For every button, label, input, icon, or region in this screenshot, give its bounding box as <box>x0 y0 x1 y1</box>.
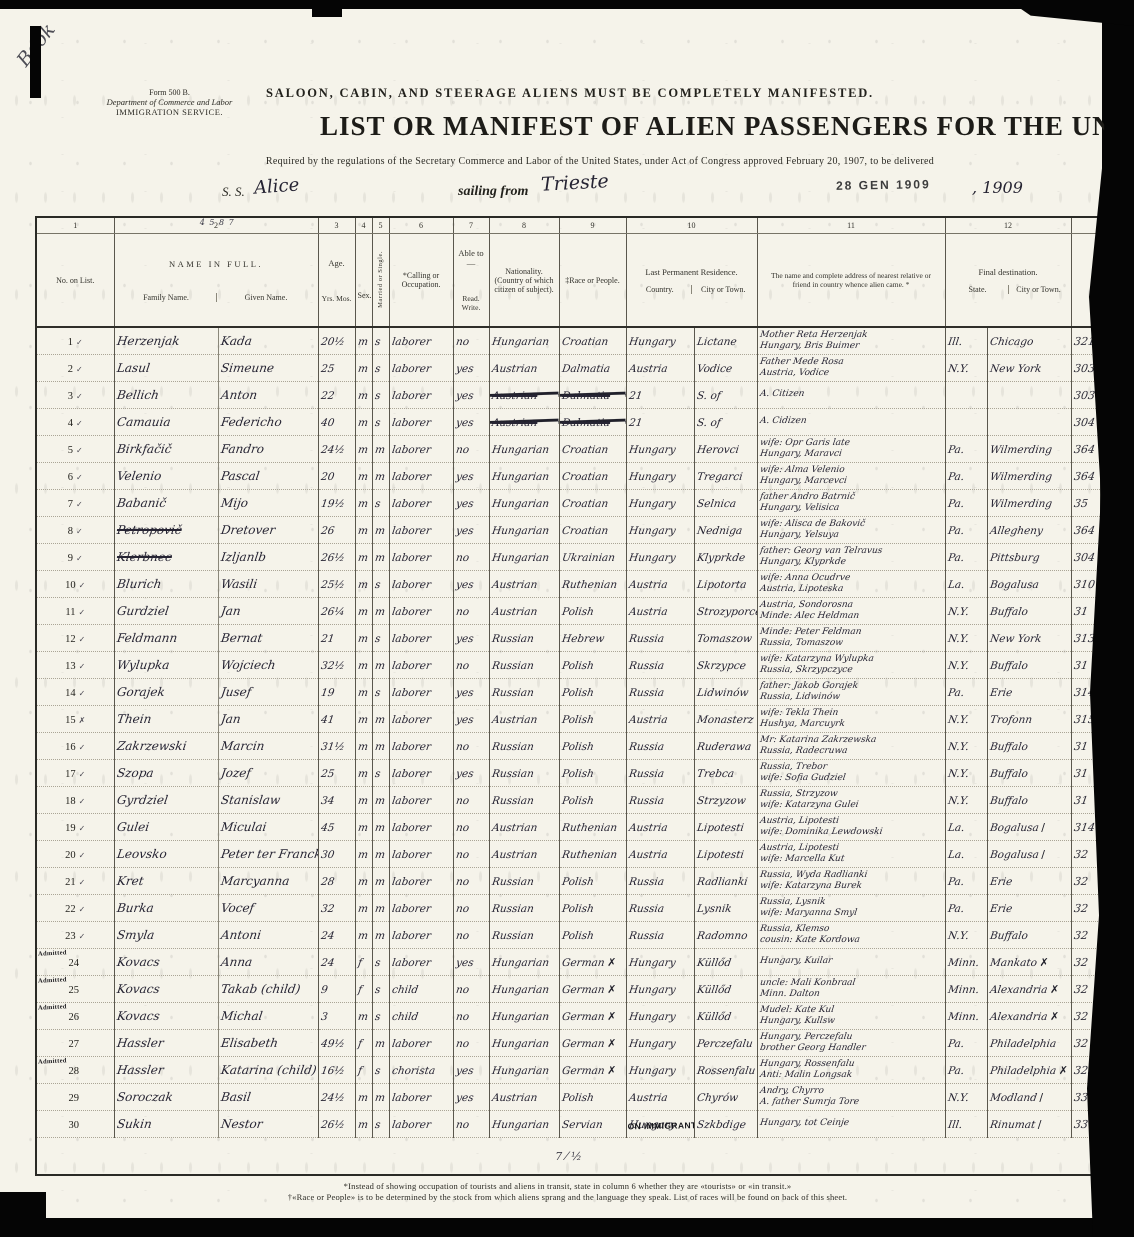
family-name: Gulei <box>116 820 150 834</box>
cell-read-write: yes <box>453 354 489 381</box>
destination-state: N.Y. <box>947 633 969 645</box>
cell-race: Dalmatia <box>559 381 626 408</box>
manifest-row: 14✓GorajekJusef19mslaboreryesRussianPoli… <box>36 678 1101 705</box>
cell-city-town: Radlianki <box>694 867 757 894</box>
residence-label: Last Permanent Residence. <box>629 267 755 277</box>
cell-family-name: Blurich <box>114 570 218 597</box>
cell-city-town: Monasterz <box>694 705 757 732</box>
occupation-value: chorista <box>391 1065 436 1077</box>
destination-city: Modland <box>989 1092 1038 1104</box>
city-value: S. of <box>696 390 721 402</box>
manifest-banner: SALOON, CABIN, AND STEERAGE ALIENS MUST … <box>255 86 885 101</box>
row-number: 15 <box>65 715 76 726</box>
relative-line-1: Andry, Chyrro <box>759 1086 943 1097</box>
header-able-to: Able to— Read. Write. <box>453 234 489 328</box>
admitted-stamp: Admitted <box>38 1057 67 1065</box>
nationality-value: Hungarian <box>491 336 550 348</box>
given-name: Federicho <box>220 415 283 429</box>
cell-sex: m <box>355 516 372 543</box>
city-value: Klyprkde <box>696 552 746 564</box>
row-number: 18 <box>65 796 76 807</box>
race-value: Dalmatia <box>561 390 611 402</box>
race-value: Polish <box>561 741 595 753</box>
nationality-value: Austrian <box>491 606 538 618</box>
cell-city-town: Ruderawa <box>694 732 757 759</box>
cell-race: Dalmatia <box>559 408 626 435</box>
cell-age: 32 <box>318 894 355 921</box>
dest-city-label: City or Town. <box>1008 285 1069 294</box>
nationality-value: Russian <box>491 687 535 699</box>
cell-destination-state: N.Y. <box>945 705 987 732</box>
relative-line-2: Hungary, Marcevci <box>759 476 943 487</box>
city-value: Chyrów <box>696 1092 739 1104</box>
col-num-7: 7 <box>453 217 489 234</box>
relative-line-2: A. father Sumrja Tore <box>759 1097 943 1108</box>
race-x-mark: ✗ <box>607 956 616 969</box>
city-value: Radlianki <box>696 876 748 888</box>
cell-destination-city: Erie <box>987 894 1071 921</box>
nationality-value: Hungarian <box>491 552 550 564</box>
cell-row-number: 17✓ <box>36 759 114 786</box>
cell-nearest-relative: father: Jakob GorajekRussia, Lidwinów <box>757 678 945 705</box>
destination-mark: ∕ <box>1038 1118 1042 1131</box>
family-name: Zakrzewski <box>116 739 187 753</box>
cell-read-write: no <box>453 651 489 678</box>
row-number: 13 <box>65 661 76 672</box>
cell-race: German✗ <box>559 1002 626 1029</box>
country-value: 21 <box>628 417 643 429</box>
age-value: 26½ <box>320 552 345 564</box>
cell-read-write: yes <box>453 381 489 408</box>
occupation-value: laborer <box>391 444 432 456</box>
family-name: Petropovič <box>116 523 183 537</box>
cell-nearest-relative: Austria, Lipotestiwife: Marcella Kut <box>757 840 945 867</box>
destination-city: Buffalo <box>989 660 1029 672</box>
destination-state: Pa. <box>947 876 965 888</box>
read-write-value: no <box>455 930 470 942</box>
cell-given-name: Anna <box>218 948 318 975</box>
cell-married-single: m <box>372 462 389 489</box>
cell-row-number: 2✓ <box>36 354 114 381</box>
country-value: Hungary <box>628 444 676 456</box>
cell-married-single: s <box>372 570 389 597</box>
cell-sex: m <box>355 813 372 840</box>
cell-country: 21 <box>626 381 694 408</box>
cell-city-town: Lidwinów <box>694 678 757 705</box>
cell-occupation: laborer <box>389 462 453 489</box>
nationality-value: Austrian <box>491 849 538 861</box>
col-num-10: 10 <box>626 217 757 234</box>
relative-line-2: Russia, Tomaszow <box>759 638 943 649</box>
city-value: Lipotorta <box>696 579 747 591</box>
row-check-mark: ✓ <box>76 527 83 536</box>
cell-given-name: Pascal <box>218 462 318 489</box>
cell-family-name: Zakrzewski <box>114 732 218 759</box>
destination-city: Erie <box>989 903 1013 915</box>
cell-married-single: m <box>372 1083 389 1110</box>
cell-race: German✗ <box>559 948 626 975</box>
cell-read-write: no <box>453 435 489 462</box>
cell-race: Polish <box>559 705 626 732</box>
occupation-value: laborer <box>391 525 432 537</box>
occupation-value: laborer <box>391 1038 432 1050</box>
sheet-number: 32 <box>1073 983 1089 996</box>
cell-destination-state: Pa. <box>945 462 987 489</box>
destination-city: Buffalo <box>989 768 1029 780</box>
relative-line-1: Hungary, Rossenfalu <box>759 1059 943 1070</box>
age-value: 41 <box>320 714 335 726</box>
header-nearest-relative: The name and complete address of nearest… <box>757 234 945 328</box>
race-x-mark: ✗ <box>607 983 616 996</box>
married-single-value: m <box>374 903 386 915</box>
race-value: Croatian <box>561 336 609 348</box>
sex-value: m <box>357 822 369 834</box>
cell-nearest-relative: Russia, Strzyzowwife: Katarzyna Gulei <box>757 786 945 813</box>
cell-married-single: m <box>372 597 389 624</box>
row-number: 1 <box>68 337 73 348</box>
age-label: Age. <box>321 258 353 268</box>
cell-married-single: m <box>372 516 389 543</box>
cell-city-town: S. of <box>694 381 757 408</box>
cell-race: Polish <box>559 678 626 705</box>
sex-value: m <box>357 390 369 402</box>
read-write-value: yes <box>455 633 474 645</box>
age-value: 25 <box>320 363 335 375</box>
given-name: Takab (child) <box>220 982 301 996</box>
given-name: Izljanlb <box>220 550 267 564</box>
destination-mark: ∕ <box>1041 848 1045 861</box>
cell-race: Polish <box>559 732 626 759</box>
cell-given-name: Elisabeth <box>218 1029 318 1056</box>
cell-occupation: laborer <box>389 597 453 624</box>
cell-nationality: Russian <box>489 624 559 651</box>
occupation-value: laborer <box>391 606 432 618</box>
cell-sex: m <box>355 462 372 489</box>
destination-state: La. <box>947 849 965 861</box>
occupation-value: laborer <box>391 957 432 969</box>
cell-destination-state: Pa. <box>945 1056 987 1083</box>
cell-occupation: laborer <box>389 381 453 408</box>
manifest-rows: 1✓HerzenjakKada20½mslaborernoHungarianCr… <box>36 327 1101 1137</box>
cell-destination-state: N.Y. <box>945 1083 987 1110</box>
cell-race: German✗ <box>559 1029 626 1056</box>
scan-edge-bottom <box>0 1218 1134 1237</box>
cell-nearest-relative: wife: Alisca de BakovičHungary, Yelsuya <box>757 516 945 543</box>
family-name: Hassler <box>116 1063 165 1077</box>
cell-family-name: Gorajek <box>114 678 218 705</box>
cell-read-write: no <box>453 786 489 813</box>
city-town-label: City or Town. <box>691 285 755 294</box>
cell-age: 16½ <box>318 1056 355 1083</box>
sheet-number: 32 <box>1073 929 1089 942</box>
destination-city: Erie <box>989 876 1013 888</box>
read-write-value: no <box>455 606 470 618</box>
cell-race: Polish <box>559 1083 626 1110</box>
read-write-value: yes <box>455 363 474 375</box>
cell-row-number: 11✓ <box>36 597 114 624</box>
cell-family-name: Kovacs <box>114 975 218 1002</box>
row-number: 27 <box>69 1039 80 1050</box>
row-number: 30 <box>69 1120 80 1131</box>
cell-married-single: s <box>372 975 389 1002</box>
destination-city: Wilmerding <box>989 471 1053 483</box>
year-handwriting: , 1909 <box>972 178 1023 197</box>
cell-occupation: child <box>389 975 453 1002</box>
sheet-number: 364 <box>1073 443 1096 456</box>
ss-label: S. S. <box>222 184 245 200</box>
country-value: Russia <box>628 795 665 807</box>
age-value: 9 <box>320 984 328 996</box>
nationality-value: Austrian <box>491 822 538 834</box>
cell-destination-city: Bogalusa∕ <box>987 840 1071 867</box>
destination-city: Chicago <box>989 336 1034 348</box>
cell-country: Hungary <box>626 543 694 570</box>
nationality-value: Russian <box>491 768 535 780</box>
read-write-value: no <box>455 876 470 888</box>
cell-race: Croatian <box>559 435 626 462</box>
admitted-stamp: Admitted <box>38 976 67 984</box>
destination-state: N.Y. <box>947 741 969 753</box>
cell-family-name: Kovacs <box>114 948 218 975</box>
given-name: Jozef <box>220 766 252 780</box>
race-value: Croatian <box>561 498 609 510</box>
destination-state: Pa. <box>947 552 965 564</box>
row-check-mark: ✓ <box>76 392 83 401</box>
cell-nearest-relative: A. Cidizen <box>757 408 945 435</box>
sex-value: m <box>357 876 369 888</box>
married-single-value: m <box>374 795 386 807</box>
manifest-row: 10✓BlurichWasili25½mslaboreryesAustrianR… <box>36 570 1101 597</box>
age-value: 19½ <box>320 498 345 510</box>
race-value: German <box>561 984 605 996</box>
cell-read-write: no <box>453 327 489 354</box>
cell-country: Hungary <box>626 462 694 489</box>
cell-given-name: Wojciech <box>218 651 318 678</box>
cell-country: Russia <box>626 651 694 678</box>
cell-given-name: Federicho <box>218 408 318 435</box>
country-value: Russia <box>628 687 665 699</box>
header-race: ‡Race or People. <box>559 234 626 328</box>
cell-family-name: Sukin <box>114 1110 218 1137</box>
cell-destination-city: Alexandria✗ <box>987 1002 1071 1029</box>
family-name: Lasul <box>116 361 151 375</box>
cell-row-number: 18✓ <box>36 786 114 813</box>
cell-sex: m <box>355 354 372 381</box>
cell-age: 26½ <box>318 1110 355 1137</box>
cell-married-single: m <box>372 921 389 948</box>
cell-given-name: Miculai <box>218 813 318 840</box>
occupation-value: child <box>391 984 419 996</box>
header-no-on-list: No. on List. <box>36 234 114 328</box>
married-single-value: s <box>374 1011 381 1023</box>
cell-sex: m <box>355 732 372 759</box>
cell-occupation: laborer <box>389 543 453 570</box>
country-value: 21 <box>628 390 643 402</box>
family-name-label: Family Name. <box>117 293 216 302</box>
manifest-row: Admitted25KovacsTakab (child)9fschildnoH… <box>36 975 1101 1002</box>
race-value: Ukrainian <box>561 552 616 564</box>
country-value: Hungary <box>628 525 676 537</box>
race-value: German <box>561 957 605 969</box>
read-write-value: no <box>455 336 470 348</box>
cell-occupation: laborer <box>389 921 453 948</box>
cell-occupation: laborer <box>389 705 453 732</box>
cell-destination-city: Chicago <box>987 327 1071 354</box>
family-name: Gorajek <box>116 685 166 699</box>
cell-destination-state: N.Y. <box>945 354 987 381</box>
cell-country: Hungary <box>626 327 694 354</box>
cell-nationality: Hungarian <box>489 543 559 570</box>
cell-destination-city: Buffalo <box>987 597 1071 624</box>
cell-sex: m <box>355 786 372 813</box>
cell-nearest-relative: Father Mede RosaAustria, Vodice <box>757 354 945 381</box>
given-name: Jusef <box>220 685 252 699</box>
cell-nationality: Russian <box>489 894 559 921</box>
header-nationality: Nationality. (Country of which citizen o… <box>489 234 559 328</box>
cell-age: 26 <box>318 516 355 543</box>
cell-race: Polish <box>559 867 626 894</box>
cell-nationality: Hungarian <box>489 327 559 354</box>
relative-line-2: wife: Marcella Kut <box>759 854 943 865</box>
manifest-row: 21✓KretMarcyanna28mmlaborernoRussianPoli… <box>36 867 1101 894</box>
relative-line-2: cousin: Kate Kordowa <box>759 935 943 946</box>
age-value: 49½ <box>320 1038 345 1050</box>
manifest-row: 2✓LasulSimeune25mslaboreryesAustrianDalm… <box>36 354 1101 381</box>
filler-row: 7 ⁄ ½ <box>36 1137 1101 1175</box>
sex-value: m <box>357 687 369 699</box>
family-name: Soroczak <box>116 1090 174 1104</box>
city-value: Vodice <box>696 363 733 375</box>
row-check-mark: ✓ <box>79 689 86 698</box>
married-single-value: m <box>374 741 386 753</box>
column-number-row: 1 24 5 8 7 3 4 5 6 7 8 9 10 11 12 <box>36 217 1101 234</box>
page-title: LIST OR MANIFEST OF ALIEN PASSENGERS FOR… <box>320 111 1060 142</box>
city-value: Strzyzow <box>696 795 746 807</box>
married-single-value: s <box>374 498 381 510</box>
header-married-single: Married or Single. <box>372 234 389 328</box>
manifest-row: 1✓HerzenjakKada20½mslaborernoHungarianCr… <box>36 327 1101 354</box>
cell-given-name: Antoni <box>218 921 318 948</box>
cell-married-single: s <box>372 354 389 381</box>
race-value: Polish <box>561 795 595 807</box>
relative-line-2: Minn. Dalton <box>759 989 943 1000</box>
cell-family-name: Gyrdziel <box>114 786 218 813</box>
race-value: Polish <box>561 930 595 942</box>
cell-sex: f <box>355 1029 372 1056</box>
cell-nearest-relative: uncle: Mali KonbraalMinn. Dalton <box>757 975 945 1002</box>
sex-value: m <box>357 1092 369 1104</box>
race-value: German <box>561 1065 605 1077</box>
cell-destination-city: Buffalo <box>987 651 1071 678</box>
relative-line-1: Mr: Katarina Zakrzewska <box>759 735 943 746</box>
destination-state: Pa. <box>947 471 965 483</box>
cell-nationality: Hungarian <box>489 435 559 462</box>
cell-age: 41 <box>318 705 355 732</box>
footnotes: *Instead of showing occupation of touris… <box>35 1180 1100 1203</box>
row-number: 22 <box>65 904 76 915</box>
given-name: Kada <box>220 334 253 348</box>
sex-value: m <box>357 795 369 807</box>
header-occupation: *Calling or Occupation. <box>389 234 453 328</box>
col-num-12: 12 <box>945 217 1071 234</box>
occupation-value: laborer <box>391 633 432 645</box>
cell-destination-state: N.Y. <box>945 732 987 759</box>
cell-family-name: Bellich <box>114 381 218 408</box>
destination-city: Rinumat <box>989 1119 1036 1131</box>
cell-nearest-relative: wife: Opr Garis lateHungary, Maravci <box>757 435 945 462</box>
country-value: Russia <box>628 768 665 780</box>
name-in-full-label: NAME IN FULL. <box>117 259 316 269</box>
state-label: State. <box>948 285 1008 294</box>
row-number: 6 <box>68 472 73 483</box>
cell-country: Russia <box>626 624 694 651</box>
cell-nearest-relative: Andry, ChyrroA. father Sumrja Tore <box>757 1083 945 1110</box>
destination-city: Bogalusa <box>989 579 1039 591</box>
cell-read-write: no <box>453 867 489 894</box>
cell-destination-state: La. <box>945 570 987 597</box>
relative-line-2: wife: Katarzyna Burek <box>759 881 943 892</box>
cell-family-name: Leovsko <box>114 840 218 867</box>
married-single-value: m <box>374 444 386 456</box>
sheet-number: 32 <box>1073 902 1089 915</box>
race-value: Dalmatia <box>561 417 611 429</box>
cell-married-single: m <box>372 651 389 678</box>
read-write-value: no <box>455 1038 470 1050</box>
cell-nationality: Russian <box>489 759 559 786</box>
sex-value: m <box>357 471 369 483</box>
relative-line-1: Father Mede Rosa <box>759 357 943 368</box>
cell-nationality: Hungarian <box>489 516 559 543</box>
cell-sheet-number: 32 <box>1071 894 1101 921</box>
cell-age: 45 <box>318 813 355 840</box>
cell-read-write: no <box>453 813 489 840</box>
cell-row-number: 23✓ <box>36 921 114 948</box>
read-write-value: no <box>455 984 470 996</box>
cell-city-town: Strozyporce <box>694 597 757 624</box>
cell-occupation: laborer <box>389 759 453 786</box>
cell-destination-state: Pa. <box>945 516 987 543</box>
destination-city: Philadelphia <box>989 1065 1057 1077</box>
cell-married-single: s <box>372 1110 389 1137</box>
cell-nationality: Hungarian <box>489 975 559 1002</box>
race-value: Hebrew <box>561 633 605 645</box>
col-num-9: 9 <box>559 217 626 234</box>
married-single-value: m <box>374 930 386 942</box>
relative-line-2: Hungary, Bris Buimer <box>759 341 943 352</box>
footnote-occupation: *Instead of showing occupation of touris… <box>35 1181 1100 1191</box>
sheet-number: 303 <box>1073 362 1096 375</box>
cell-sheet-number: 364 <box>1071 462 1101 489</box>
married-single-value: m <box>374 822 386 834</box>
sheet-number: 364 <box>1073 524 1096 537</box>
married-single-value: m <box>374 552 386 564</box>
cell-sex: m <box>355 894 372 921</box>
relative-line-1: A. Citizen <box>759 389 943 400</box>
cell-given-name: Bernat <box>218 624 318 651</box>
cell-sex: m <box>355 408 372 435</box>
destination-state: N.Y. <box>947 660 969 672</box>
cell-age: 25 <box>318 354 355 381</box>
married-single-value: s <box>374 1065 381 1077</box>
read-write-value: yes <box>455 498 474 510</box>
header-last-residence: Last Permanent Residence. Country. City … <box>626 234 757 328</box>
destination-state: N.Y. <box>947 768 969 780</box>
row-check-mark: ✓ <box>76 338 83 347</box>
nationality-value: Austrian <box>491 579 538 591</box>
cell-row-number: 12✓ <box>36 624 114 651</box>
manifest-row: Admitted28HasslerKatarina (child)16½fsch… <box>36 1056 1101 1083</box>
row-number: 25 <box>69 985 80 996</box>
